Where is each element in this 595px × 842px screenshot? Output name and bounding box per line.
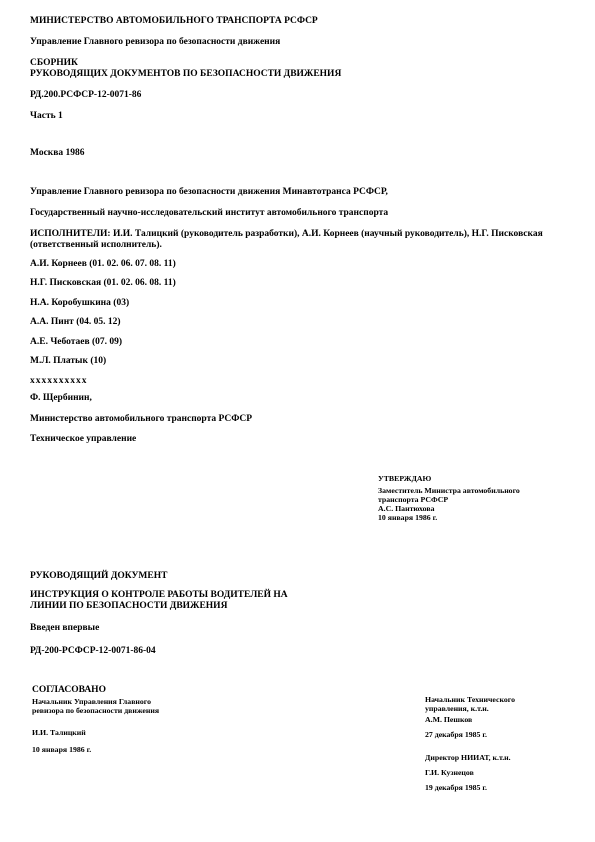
organization-line-2: Государственный научно-исследовательский… [30,208,388,219]
agreement-left-position: Начальник Управления Главного ревизора п… [32,697,177,715]
agreement-right2-date: 19 декабря 1985 г. [425,783,487,792]
agreement-right2-position: Директор НИИАТ, к.т.н. [425,753,575,762]
ministry-title: МИНИСТЕРСТВО АВТОМОБИЛЬНОГО ТРАНСПОРТА Р… [30,16,318,27]
technical-department: Техническое управление [30,434,136,445]
document-code: РД.200.РСФСР-12-0071-86 [30,90,141,101]
ministry-line: Министерство автомобильного транспорта Р… [30,414,252,425]
document-title: ИНСТРУКЦИЯ О КОНТРОЛЕ РАБОТЫ ВОДИТЕЛЕЙ Н… [30,590,288,612]
document-page: МИНИСТЕРСТВО АВТОМОБИЛЬНОГО ТРАНСПОРТА Р… [0,0,595,842]
department-title: Управление Главного ревизора по безопасн… [30,37,280,48]
agreement-left-name: И.И. Талицкий [32,728,86,737]
agreement-right1-date: 27 декабря 1985 г. [425,730,487,739]
agreement-right2-name: Г.И. Кузнецов [425,768,474,777]
introduced-note: Введен впервые [30,623,99,634]
approval-date: 10 января 1986 г. [378,513,568,522]
collection-line1: СБОРНИК [30,58,341,69]
document-code-full: РД-200-РСФСР-12-0071-86-04 [30,646,156,657]
approval-block: УТВЕРЖДАЮ Заместитель Министра автомобил… [378,474,568,522]
separator-line: xxxxxxxxxx [30,376,88,387]
executor-item: А.И. Корнеев (01. 02. 06. 07. 08. 11) [30,259,176,270]
executor-item: Н.А. Коробушкина (03) [30,298,129,309]
organization-line-1: Управление Главного ревизора по безопасн… [30,187,388,198]
executors-intro: ИСПОЛНИТЕЛИ: И.И. Талицкий (руководитель… [30,229,568,251]
agreement-left-date: 10 января 1986 г. [32,745,91,754]
agreement-label: СОГЛАСОВАНО [32,685,106,696]
agreement-right1-position: Начальник Технического управления, к.т.н… [425,695,553,713]
executor-item: А.Е. Чеботаев (07. 09) [30,337,122,348]
city-year: Москва 1986 [30,148,85,159]
executor-item: М.Л. Платык (10) [30,356,106,367]
document-kind: РУКОВОДЯЩИЙ ДОКУМЕНТ [30,571,167,582]
executor-item: Н.Г. Писковская (01. 02. 06. 08. 11) [30,278,176,289]
document-title-line2: ЛИНИИ ПО БЕЗОПАСНОСТИ ДВИЖЕНИЯ [30,601,288,612]
approval-name: А.С. Пантюхова [378,504,568,513]
signatory-name: Ф. Щербинин, [30,393,92,404]
approval-position-line1: Заместитель Министра автомобильного [378,486,568,495]
collection-line2: РУКОВОДЯЩИХ ДОКУМЕНТОВ ПО БЕЗОПАСНОСТИ Д… [30,69,341,80]
document-title-line1: ИНСТРУКЦИЯ О КОНТРОЛЕ РАБОТЫ ВОДИТЕЛЕЙ Н… [30,590,288,601]
agreement-right1-name: А.М. Пешков [425,715,472,724]
collection-title: СБОРНИК РУКОВОДЯЩИХ ДОКУМЕНТОВ ПО БЕЗОПА… [30,58,341,80]
approval-label: УТВЕРЖДАЮ [378,474,568,483]
approval-position-line2: транспорта РСФСР [378,495,568,504]
executor-item: А.А. Пинт (04. 05. 12) [30,317,121,328]
part-label: Часть 1 [30,111,63,122]
